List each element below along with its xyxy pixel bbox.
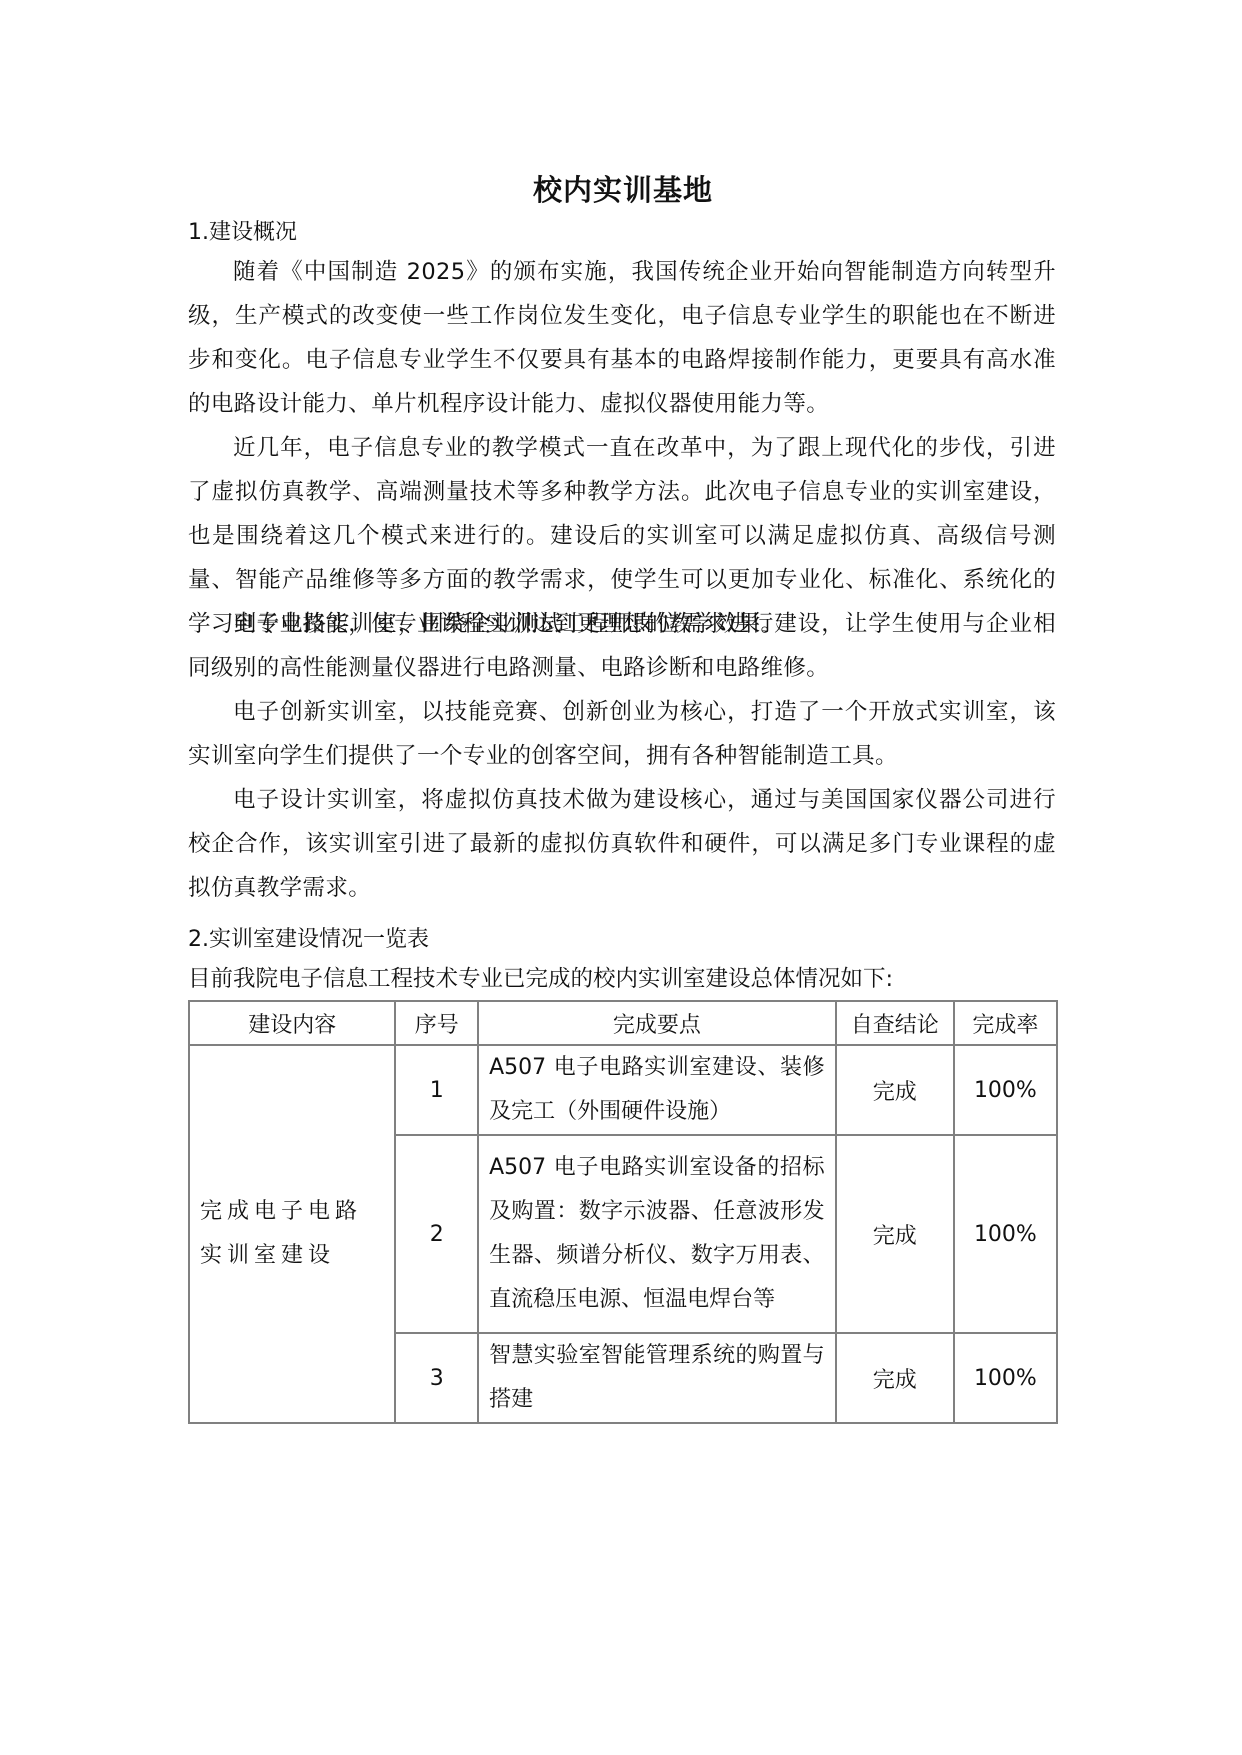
row-points: A507 电子电路实训室设备的招标及购置：数字示波器、任意波形发生器、频谱分析仪… xyxy=(478,1135,836,1333)
section-heading-overview: 1.建设概况 xyxy=(188,218,297,248)
group-cell: 完成电子电路实训室建设 xyxy=(189,1045,395,1423)
row-number: 2 xyxy=(395,1135,478,1333)
header-conclusion: 自查结论 xyxy=(836,1001,954,1045)
document-title: 校内实训基地 xyxy=(188,170,1058,210)
row-number: 3 xyxy=(395,1333,478,1423)
paragraph: 电子设计实训室，将虚拟仿真技术做为建设核心，通过与美国国家仪器公司进行校企合作，… xyxy=(188,778,1056,910)
paragraph: 电子创新实训室，以技能竞赛、创新创业为核心，打造了一个开放式实训室，该实训室向学… xyxy=(188,690,1056,778)
row-points: A507 电子电路实训室建设、装修及完工（外围硬件设施） xyxy=(478,1045,836,1135)
row-rate: 100% xyxy=(954,1135,1057,1333)
row-conclusion: 完成 xyxy=(836,1333,954,1423)
header-number: 序号 xyxy=(395,1001,478,1045)
table-header-row: 建设内容 序号 完成要点 自查结论 完成率 xyxy=(189,1001,1057,1045)
construction-table: 建设内容 序号 完成要点 自查结论 完成率 完成电子电路实训室建设 1 A507… xyxy=(188,1000,1058,1424)
paragraph: 电子电路实训室，围绕企业测试工程师岗位需求进行建设，让学生使用与企业相同级别的高… xyxy=(188,602,1056,690)
table-row: 完成电子电路实训室建设 1 A507 电子电路实训室建设、装修及完工（外围硬件设… xyxy=(189,1045,1057,1135)
row-conclusion: 完成 xyxy=(836,1135,954,1333)
table-intro: 目前我院电子信息工程技术专业已完成的校内实训室建设总体情况如下: xyxy=(188,964,893,994)
section-heading-table: 2.实训室建设情况一览表 xyxy=(188,925,429,955)
row-points: 智慧实验室智能管理系统的购置与搭建 xyxy=(478,1333,836,1423)
row-conclusion: 完成 xyxy=(836,1045,954,1135)
row-number: 1 xyxy=(395,1045,478,1135)
header-content: 建设内容 xyxy=(189,1001,395,1045)
header-rate: 完成率 xyxy=(954,1001,1057,1045)
paragraph: 随着《中国制造 2025》的颁布实施，我国传统企业开始向智能制造方向转型升级，生… xyxy=(188,250,1056,426)
row-rate: 100% xyxy=(954,1333,1057,1423)
row-rate: 100% xyxy=(954,1045,1057,1135)
header-points: 完成要点 xyxy=(478,1001,836,1045)
